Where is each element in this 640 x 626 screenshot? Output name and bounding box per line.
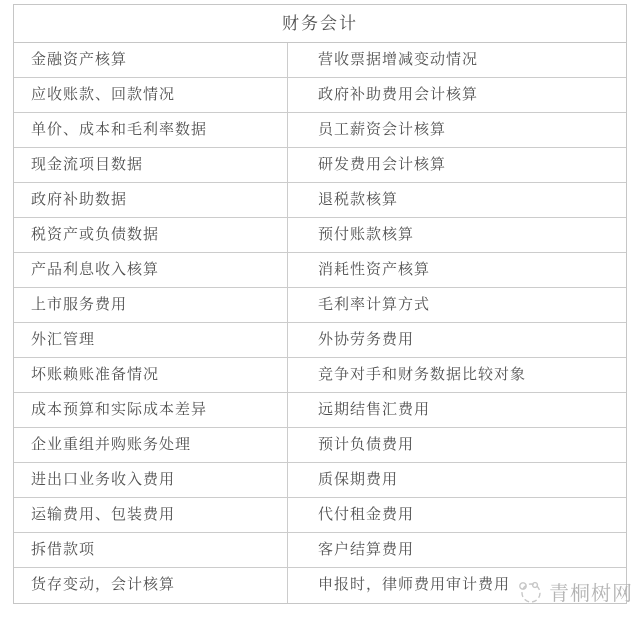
table-row: 金融资产核算 营收票据增减变动情况 — [14, 43, 626, 78]
financial-accounting-table: 财务会计 金融资产核算 营收票据增减变动情况 应收账款、回款情况 政府补助费用会… — [13, 4, 627, 604]
table-cell-left: 企业重组并购账务处理 — [14, 428, 288, 462]
table-cell-right: 远期结售汇费用 — [288, 393, 626, 427]
table-cell-right: 研发费用会计核算 — [288, 148, 626, 182]
table-cell-left: 金融资产核算 — [14, 43, 288, 77]
table-cell-right: 营收票据增减变动情况 — [288, 43, 626, 77]
table-cell-right: 预付账款核算 — [288, 218, 626, 252]
table-cell-left: 坏账赖账准备情况 — [14, 358, 288, 392]
table-row: 外汇管理 外协劳务费用 — [14, 323, 626, 358]
table-row: 成本预算和实际成本差异 远期结售汇费用 — [14, 393, 626, 428]
table-row: 现金流项目数据 研发费用会计核算 — [14, 148, 626, 183]
watermark-text: 青桐树网 — [549, 577, 633, 606]
table-cell-right: 政府补助费用会计核算 — [288, 78, 626, 112]
table-row: 产品利息收入核算 消耗性资产核算 — [14, 253, 626, 288]
table-cell-right: 预计负债费用 — [288, 428, 626, 462]
table-cell-left: 单价、成本和毛利率数据 — [14, 113, 288, 147]
table-cell-left: 货存变动，会计核算 — [14, 568, 288, 603]
table-cell-left: 政府补助数据 — [14, 183, 288, 217]
table-cell-left: 应收账款、回款情况 — [14, 78, 288, 112]
table-row: 政府补助数据 退税款核算 — [14, 183, 626, 218]
table-row: 上市服务费用 毛利率计算方式 — [14, 288, 626, 323]
table-row: 税资产或负债数据 预付账款核算 — [14, 218, 626, 253]
table-row: 拆借款项 客户结算费用 — [14, 533, 626, 568]
table-row: 应收账款、回款情况 政府补助费用会计核算 — [14, 78, 626, 113]
table-row: 运输费用、包装费用 代付租金费用 — [14, 498, 626, 533]
table-cell-right: 毛利率计算方式 — [288, 288, 626, 322]
table-cell-right: 质保期费用 — [288, 463, 626, 497]
watermark-logo-icon — [516, 578, 544, 606]
table-row: 单价、成本和毛利率数据 员工薪资会计核算 — [14, 113, 626, 148]
table-cell-right: 退税款核算 — [288, 183, 626, 217]
table-cell-right: 外协劳务费用 — [288, 323, 626, 357]
table-cell-left: 上市服务费用 — [14, 288, 288, 322]
table-cell-left: 税资产或负债数据 — [14, 218, 288, 252]
table-row: 进出口业务收入费用 质保期费用 — [14, 463, 626, 498]
table-row: 坏账赖账准备情况 竞争对手和财务数据比较对象 — [14, 358, 626, 393]
table-cell-right: 代付租金费用 — [288, 498, 626, 532]
table-cell-left: 成本预算和实际成本差异 — [14, 393, 288, 427]
table-cell-right: 消耗性资产核算 — [288, 253, 626, 287]
table-cell-left: 进出口业务收入费用 — [14, 463, 288, 497]
table-row: 企业重组并购账务处理 预计负债费用 — [14, 428, 626, 463]
table-cell-left: 外汇管理 — [14, 323, 288, 357]
table-cell-left: 现金流项目数据 — [14, 148, 288, 182]
table-cell-left: 拆借款项 — [14, 533, 288, 567]
table-cell-right: 竞争对手和财务数据比较对象 — [288, 358, 626, 392]
table-cell-left: 运输费用、包装费用 — [14, 498, 288, 532]
table-title: 财务会计 — [14, 5, 626, 43]
table-cell-right: 客户结算费用 — [288, 533, 626, 567]
table-cell-right: 员工薪资会计核算 — [288, 113, 626, 147]
table-cell-left: 产品利息收入核算 — [14, 253, 288, 287]
watermark: 青桐树网 — [516, 577, 633, 606]
